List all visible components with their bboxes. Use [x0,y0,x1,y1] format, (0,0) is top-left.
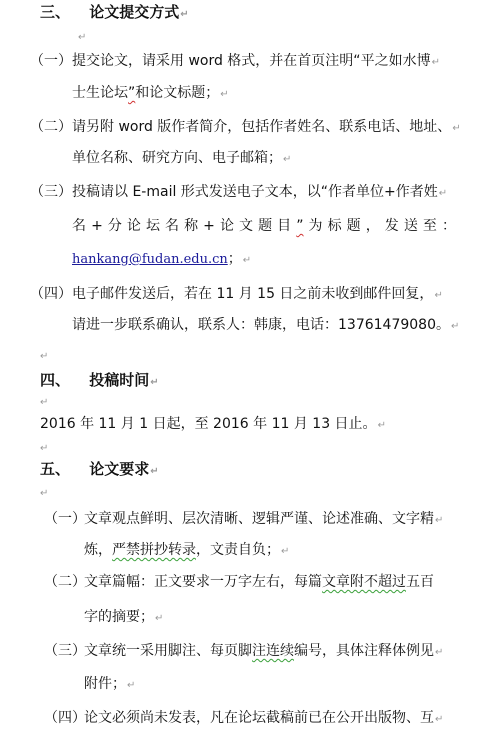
text-line: 电子邮件发送后，若在 11 月 15 日之前未收到邮件回复， [72,286,433,302]
grammar-flag: 严禁拼抄转录 [112,542,196,558]
section-heading-4: 四、 投稿时间↵ [40,370,159,390]
list-item-label: （三） [44,641,86,661]
char: + [203,216,215,236]
paragraph-mark-icon: ↵ [127,680,135,691]
text-line: 炼， [84,542,112,558]
text-line: 字的摘要； [84,609,154,625]
char: 称 [184,216,198,236]
list-item-label: （四） [30,284,72,304]
char: ： [442,216,456,236]
paragraph-mark-icon: ↵ [435,647,443,658]
paragraph-mark-icon: ↵ [435,515,443,526]
char: 发 [385,216,399,236]
list-item-text: 电子邮件发送后，若在 11 月 15 日之前未收到邮件回复，↵ [72,284,443,304]
list-item-text: 投稿请以 E-mail 形式发送电子文本，以“作者单位+作者姓↵ [72,182,447,202]
text-line: 单位名称、研究方向、电子邮箱； [72,150,282,166]
list-item-label: （三） [30,182,72,202]
char: 标 [328,216,342,236]
char: 送 [404,216,418,236]
text-line: 2016 年 11 月 1 日起，至 2016 年 11 月 13 日止。 [40,416,377,432]
text-line: 文章统一采用脚注、每页脚 [84,643,252,659]
paragraph-mark-icon: ↵ [439,188,447,199]
list-item-text: 请另附 word 版作者简介，包括作者姓名、联系电话、地址、↵ [72,117,461,137]
heading-title: 论文要求 [89,460,149,478]
text-line: 和论文标题； [135,85,219,101]
paragraph-mark-icon: ↵ [220,89,228,100]
paragraph-mark-icon: ↵ [40,488,48,499]
paragraph-mark-icon: ↵ [150,377,158,388]
heading-number: 三、 [40,3,70,21]
paragraph-mark-icon: ↵ [434,290,442,301]
email-line: hankang@fudan.edu.cn；↵ [72,249,251,269]
empty-paragraph: ↵ [40,482,48,502]
text-line: 提交论文，请采用 word 格式，并在首页注明“平之如水博 [72,53,431,69]
list-item-text: 文章篇幅：正文要求一万字左右，每篇文章附不超过五百 [84,572,434,592]
text-line: 附件； [84,676,126,692]
char: 题 [258,216,272,236]
justified-text-line: 名 + 分 论 坛 名 称 + 论 文 题 目 ” 为 标 题 ， 发 送 至 … [72,216,456,236]
empty-paragraph: ↵ [40,345,48,365]
paragraph-mark-icon: ↵ [283,154,291,165]
paragraph-mark-icon: ↵ [150,466,158,477]
char: 分 [108,216,122,236]
char: 文 [239,216,253,236]
list-item-text: 文章观点鲜明、层次清晰、逻辑严谨、论述准确、文字精↵ [84,509,443,529]
text-line: 士生论坛 [72,85,128,101]
text-line: 文章观点鲜明、层次清晰、逻辑严谨、论述准确、文字精 [84,511,434,527]
heading-number: 五、 [40,460,70,478]
char: 坛 [146,216,160,236]
empty-paragraph: ↵ [78,26,86,46]
text-line: 编号，具体注释体例见 [294,643,434,659]
paragraph-mark-icon: ↵ [40,443,48,454]
paragraph-mark-icon: ↵ [378,420,386,431]
paragraph-mark-icon: ↵ [432,57,440,68]
paragraph-mark-icon: ↵ [243,255,251,266]
section-heading-3: 三、 论文提交方式↵ [40,2,189,22]
text-line: ，文责自负； [196,542,280,558]
list-item-text: 士生论坛”和论文标题；↵ [72,83,229,103]
list-item-label: （一） [44,509,86,529]
list-item-label: （四） [44,708,86,728]
heading-title: 投稿时间 [89,371,149,389]
list-item-text: 字的摘要；↵ [84,607,163,627]
text-line: 投稿请以 E-mail 形式发送电子文本，以“作者单位+作者姓 [72,184,438,200]
list-item-text: 请进一步联系确认，联系人：韩康，电话：13761479080。↵ [72,315,459,335]
grammar-flag: 文章附不超过 [322,574,406,590]
text-line: 文章篇幅：正文要求一万字左右，每篇 [84,574,322,590]
body-text: 2016 年 11 月 1 日起，至 2016 年 11 月 13 日止。↵ [40,414,386,434]
char: + [91,216,103,236]
text-line: ； [228,251,242,267]
empty-paragraph: ↵ [40,437,48,457]
spellcheck-flag: ” [296,216,303,236]
char: 论 [220,216,234,236]
paragraph-mark-icon: ↵ [40,351,48,362]
list-item-text: 炼，严禁拼抄转录，文责自负；↵ [84,540,289,560]
email-link[interactable]: hankang@fudan.edu.cn [72,252,228,267]
paragraph-mark-icon: ↵ [180,9,188,20]
text-line: 五百 [406,574,434,590]
paragraph-mark-icon: ↵ [155,613,163,624]
char: 为 [309,216,323,236]
char: 至 [423,216,437,236]
list-item-label: （二） [44,572,86,592]
heading-number: 四、 [40,371,70,389]
list-item-label: （二） [30,117,72,137]
list-item-text: 文章统一采用脚注、每页脚注连续编号，具体注释体例见↵ [84,641,443,661]
char: ， [366,216,380,236]
grammar-flag: 注连续 [252,643,294,659]
section-heading-5: 五、 论文要求↵ [40,459,159,479]
list-item-text: 论文必须尚未发表，凡在论坛截稿前已在公开出版物、互↵ [84,708,443,728]
paragraph-mark-icon: ↵ [451,321,459,332]
char: 名 [72,216,86,236]
char: 题 [347,216,361,236]
text-line: 请进一步联系确认，联系人：韩康，电话：13761479080。 [72,317,450,333]
list-item-label: （一） [30,51,72,71]
list-item-text: 提交论文，请采用 word 格式，并在首页注明“平之如水博↵ [72,51,440,71]
paragraph-mark-icon: ↵ [40,397,48,408]
paragraph-mark-icon: ↵ [435,714,443,725]
char: 目 [277,216,291,236]
empty-paragraph: ↵ [40,391,48,411]
list-item-text: 附件；↵ [84,674,135,694]
paragraph-mark-icon: ↵ [281,546,289,557]
char: 论 [127,216,141,236]
text-line: 请另附 word 版作者简介，包括作者姓名、联系电话、地址、 [72,119,451,135]
heading-title: 论文提交方式 [89,3,179,21]
paragraph-mark-icon: ↵ [78,32,86,43]
list-item-text: 单位名称、研究方向、电子邮箱；↵ [72,148,291,168]
char: 名 [165,216,179,236]
text-line: 论文必须尚未发表，凡在论坛截稿前已在公开出版物、互 [84,710,434,726]
paragraph-mark-icon: ↵ [452,123,460,134]
